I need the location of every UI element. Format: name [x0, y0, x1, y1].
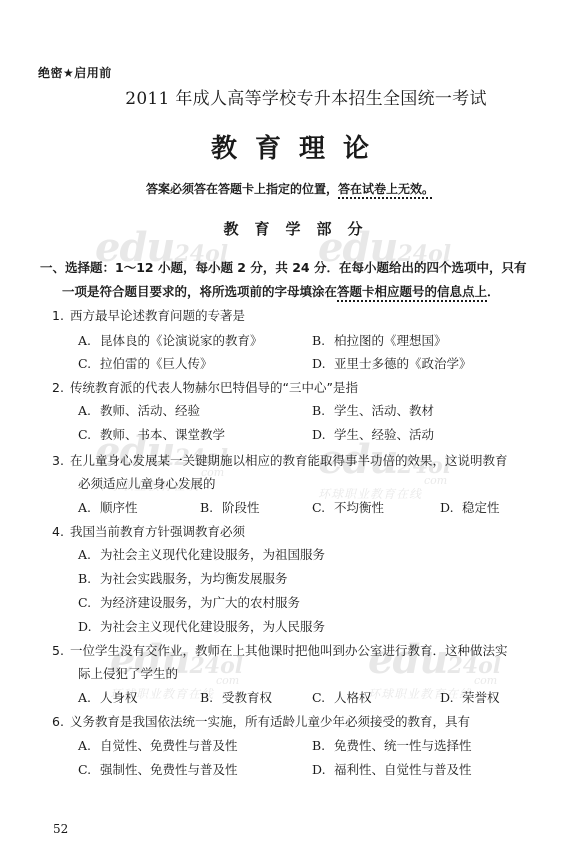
- question-4-option-d: D.为社会主义现代化建设服务，为人民服务: [78, 617, 325, 637]
- section-instructions: 一、选择题：1～12 小题，每小题 2 分，共 24 分．在每小题给出的四个选项…: [40, 256, 550, 304]
- section-title: 教育学部分: [0, 218, 580, 239]
- instructions-emphasis: 答题卡相应题号的信息点上: [337, 284, 487, 299]
- instructions-line-1: 一、选择题：1～12 小题，每小题 2 分，共 24 分．在每小题给出的四个选项…: [40, 260, 526, 275]
- question-6-option-a: A.自觉性、免费性与普及性: [78, 736, 238, 756]
- confidential-mark: 绝密★启用前: [38, 64, 112, 81]
- question-4-stem: 4.我国当前教育方针强调教育必须: [52, 522, 245, 542]
- question-2-option-d: D.学生、经验、活动: [312, 425, 434, 445]
- question-3-stem-continued: 必须适应儿童身心发展的: [78, 474, 216, 494]
- question-2-option-a: A.教师、活动、经验: [78, 401, 200, 421]
- question-5-stem-continued: 际上侵犯了学生的: [78, 664, 178, 684]
- notice-text: 答案必须答在答题卡上指定的位置，: [146, 182, 338, 196]
- question-3-option-a: A.顺序性: [78, 498, 138, 518]
- question-5-stem: 5.一位学生没有交作业，教师在上其他课时把他叫到办公室进行教育．这种做法实: [52, 641, 508, 661]
- exam-title: 2011 年成人高等学校专升本招生全国统一考试: [96, 84, 516, 109]
- question-2-stem: 2.传统教育派的代表人物赫尔巴特倡导的“三中心”是指: [52, 378, 358, 398]
- question-1-stem: 1.西方最早论述教育问题的专著是: [52, 306, 245, 326]
- exam-page: edu24ol com edu24ol com edu24ol com 环球职业…: [0, 0, 580, 855]
- question-3-option-d: D.稳定性: [440, 498, 500, 518]
- question-1-option-c: C.拉伯雷的《巨人传》: [78, 354, 213, 374]
- watermark-logo: edu24ol com 环球职业教育在线: [318, 440, 451, 502]
- question-6-stem: 6.义务教育是我国依法统一实施，所有适龄儿童少年必须接受的教育，具有: [52, 712, 470, 732]
- question-1-option-d: D.亚里士多德的《政治学》: [312, 354, 472, 374]
- subject-title: 教育理论: [0, 128, 580, 165]
- question-6-option-d: D.福利性、自觉性与普及性: [312, 760, 472, 780]
- question-6-option-b: B.免费性、统一性与选择性: [312, 736, 472, 756]
- question-2-option-b: B.学生、活动、教材: [312, 401, 434, 421]
- question-5-option-d: D.荣誉权: [440, 688, 500, 708]
- question-1-option-a: A.昆体良的《论演说家的教育》: [78, 331, 263, 351]
- question-4-option-a: A.为社会主义现代化建设服务，为祖国服务: [78, 545, 325, 565]
- answer-notice: 答案必须答在答题卡上指定的位置，答在试卷上无效。: [0, 180, 580, 197]
- question-6-option-c: C.强制性、免费性与普及性: [78, 760, 238, 780]
- question-4-option-b: B.为社会实践服务，为均衡发展服务: [78, 569, 288, 589]
- question-5-option-c: C.人格权: [312, 688, 372, 708]
- page-number: 52: [53, 822, 68, 836]
- notice-emphasis: 答在试卷上无效。: [338, 182, 434, 196]
- question-5-option-a: A.人身权: [78, 688, 138, 708]
- question-5-option-b: B.受教育权: [200, 688, 272, 708]
- question-3-option-b: B.阶段性: [200, 498, 260, 518]
- question-2-option-c: C.教师、书本、课堂教学: [78, 425, 225, 445]
- question-1-option-b: B.柏拉图的《理想国》: [312, 331, 447, 351]
- question-3-stem: 3.在儿童身心发展某一关键期施以相应的教育能取得事半功倍的效果，这说明教育: [52, 451, 508, 471]
- question-4-option-c: C.为经济建设服务，为广大的农村服务: [78, 593, 300, 613]
- question-3-option-c: C.不均衡性: [312, 498, 384, 518]
- instructions-line-2: 一项是符合题目要求的，将所选项前的字母填涂在答题卡相应题号的信息点上．: [40, 280, 550, 304]
